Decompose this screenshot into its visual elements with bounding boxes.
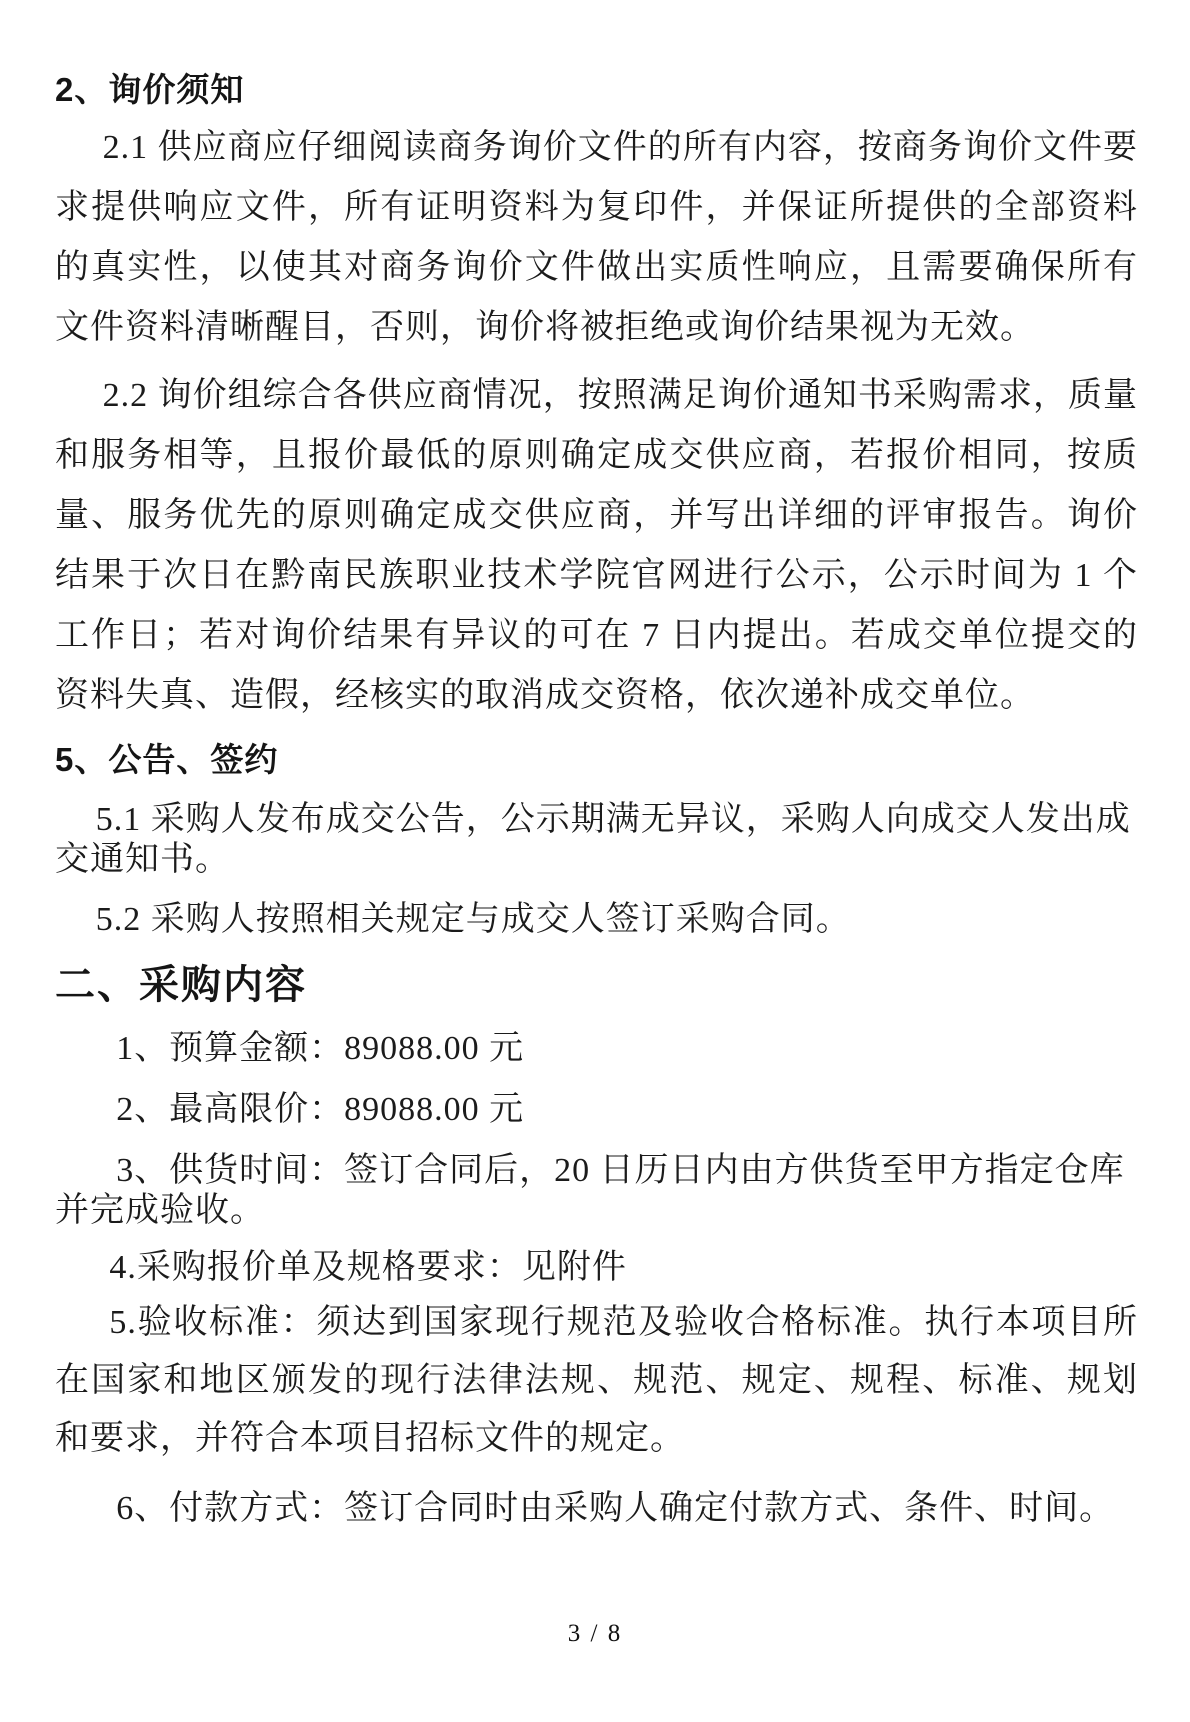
page-number: 3 / 8: [0, 1620, 1190, 1648]
item-payment-method: 6、付款方式：签订合同时由采购人确定付款方式、条件、时间。: [55, 1489, 1138, 1529]
section-heading-announcement-signing: 5、公告、签约: [55, 740, 1138, 780]
section-heading-inquiry-notes: 2、询价须知: [55, 70, 1138, 110]
spacer: [55, 940, 1138, 962]
item-quotation-specs: 4.采购报价单及规格要求：见附件: [55, 1248, 1138, 1288]
clause-5-2: 5.2 采购人按照相关规定与成交人签订采购合同。: [55, 900, 1138, 940]
item-max-price-limit: 2、最高限价：89088.00 元: [55, 1090, 1138, 1130]
item-budget-amount: 1、预算金额：89088.00 元: [55, 1029, 1138, 1069]
item-delivery-time: 3、供货时间：签订合同后，20 日历日内由方供货至甲方指定仓库并完成验收。: [55, 1151, 1138, 1231]
document-page: 2、询价须知 2.1 供应商应仔细阅读商务询价文件的所有内容，按商务询价文件要求…: [0, 0, 1190, 1722]
clause-5-1: 5.1 采购人发布成交公告，公示期满无异议，采购人向成交人发出成交通知书。: [55, 800, 1138, 880]
paragraph-2-2: 2.2 询价组综合各供应商情况，按照满足询价通知书采购需求，质量和服务相等，且报…: [55, 366, 1138, 726]
spacer: [55, 726, 1138, 740]
item-acceptance-standard: 5.验收标准：须达到国家现行规范及验收合格标准。执行本项目所在国家和地区颁发的现…: [55, 1294, 1138, 1468]
section-heading-procurement-content: 二、采购内容: [55, 962, 1138, 1008]
paragraph-2-1: 2.1 供应商应仔细阅读商务询价文件的所有内容，按商务询价文件要求提供响应文件，…: [55, 118, 1138, 358]
